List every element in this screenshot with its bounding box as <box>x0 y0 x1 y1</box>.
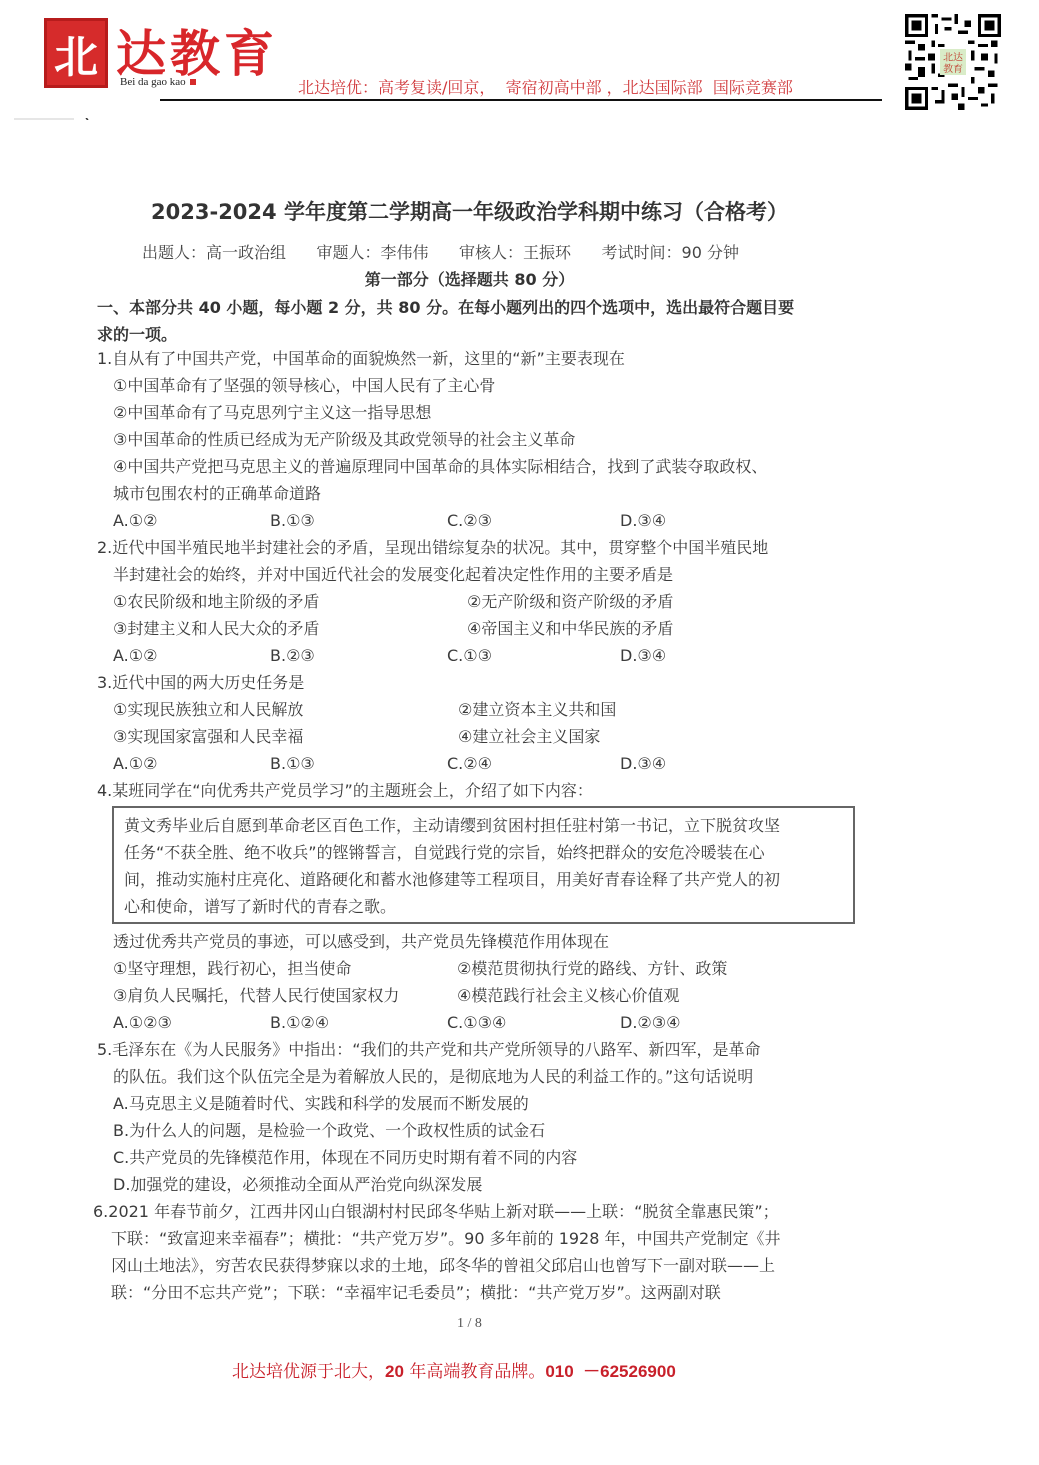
choice-c[interactable]: C.②③ <box>447 507 492 534</box>
statement-item: ③肩负人民嘱托，代替人民行使国家权力 <box>113 982 399 1009</box>
qr-code-icon[interactable]: 北达 教育 <box>905 14 1001 110</box>
statement-item: ①坚守理想，践行初心，担当使命 <box>113 955 351 982</box>
material-passage-box: 黄文秀毕业后自愿到革命老区百色工作，主动请缨到贫困村担任驻村第一书记，立下脱贫攻… <box>112 806 855 924</box>
statement-item: ②模范贯彻执行党的路线、方针、政策 <box>457 955 727 982</box>
choice-b[interactable]: B.②③ <box>270 642 315 669</box>
choice-b[interactable]: B.①③ <box>270 507 315 534</box>
choice-a[interactable]: A.①② <box>113 750 157 777</box>
question-stem: 的队伍。我们这个队伍完全是为着解放人民的，是彻底地为人民的利益工作的。”这句话说… <box>113 1063 753 1090</box>
scan-mark <box>14 118 90 120</box>
page-number: 1 / 8 <box>0 1316 939 1332</box>
header-divider <box>160 99 882 101</box>
statement-item: ①中国革命有了坚强的领导核心，中国人民有了主心骨 <box>113 372 495 399</box>
question-stem: 透过优秀共产党员的事迹，可以感受到，共产党员先锋模范作用体现在 <box>113 928 609 955</box>
footer-advert: 北达培优源于北大，20 年高端教育品牌。010 －62526900 <box>232 1357 676 1382</box>
choice-b[interactable]: B.①③ <box>270 750 315 777</box>
statement-item: 城市包围农村的正确革命道路 <box>113 480 321 507</box>
choice-a[interactable]: A.①②③ <box>113 1009 172 1036</box>
question-stem: 4.某班同学在“向优秀共产党员学习”的主题班会上，介绍了如下内容： <box>97 777 593 804</box>
svg-text:北达: 北达 <box>943 50 963 63</box>
question-stem: 2.近代中国半殖民地半封建社会的矛盾，呈现出错综复杂的状况。其中，贯穿整个中国半… <box>97 534 768 561</box>
choice-d[interactable]: D.加强党的建设，必须推动全面从严治党向纵深发展 <box>113 1171 482 1198</box>
section-instruction: 一、本部分共 40 小题，每小题 2 分，共 80 分。在每小题列出的四个选项中… <box>97 294 857 348</box>
question-stem: 3.近代中国的两大历史任务是 <box>97 669 304 696</box>
statement-item: ③封建主义和人民大众的矛盾 <box>113 615 319 642</box>
statement-item: ③中国革命的性质已经成为无产阶级及其政党领导的社会主义革命 <box>113 426 575 453</box>
choice-d[interactable]: D.③④ <box>620 750 666 777</box>
logo-mark: 北 <box>44 18 108 88</box>
statement-item: ②建立资本主义共和国 <box>458 696 616 723</box>
choice-c[interactable]: C.②④ <box>447 750 492 777</box>
logo-subtitle: Bei da gao kao <box>120 76 196 88</box>
statement-item: ③实现国家富强和人民幸福 <box>113 723 303 750</box>
logo-square-icon <box>190 79 196 85</box>
choice-c[interactable]: C.共产党员的先锋模范作用，体现在不同历史时期有着不同的内容 <box>113 1144 577 1171</box>
exam-meta: 出题人：高一政治组 审题人：李伟伟 审核人：王振环 考试时间：90 分钟 <box>142 240 739 263</box>
question-stem: 6.2021 年春节前夕，江西井冈山白银湖村村民邱冬华贴上新对联——上联：“脱贫… <box>93 1198 779 1225</box>
question-stem: 5.毛泽东在《为人民服务》中指出：“我们的共产党和共产党所领导的八路军、新四军，… <box>97 1036 761 1063</box>
svg-text:教育: 教育 <box>943 62 963 75</box>
choice-d[interactable]: D.②③④ <box>620 1009 680 1036</box>
statement-item: ④建立社会主义国家 <box>458 723 600 750</box>
logo-glyph: 北 <box>54 21 98 85</box>
statement-item: ②无产阶级和资产阶级的矛盾 <box>467 588 673 615</box>
choice-d[interactable]: D.③④ <box>620 507 666 534</box>
choice-b[interactable]: B.为什么人的问题，是检验一个政党、一个政权性质的试金石 <box>113 1117 545 1144</box>
question-stem: 1.自从有了中国共产党，中国革命的面貌焕然一新，这里的“新”主要表现在 <box>97 345 625 372</box>
choice-c[interactable]: C.①③ <box>447 642 492 669</box>
statement-item: ④中国共产党把马克思主义的普遍原理同中国革命的具体实际相结合，找到了武装夺取政权… <box>113 453 767 480</box>
statement-item: ②中国革命有了马克思列宁主义这一指导思想 <box>113 399 431 426</box>
choice-a[interactable]: A.①② <box>113 507 157 534</box>
question-stem: 半封建社会的始终，并对中国近代社会的发展变化起着决定性作用的主要矛盾是 <box>113 561 673 588</box>
question-stem: 联：“分田不忘共产党”；下联：“幸福牢记毛委员”；横批：“共产党万岁”。这两副对… <box>111 1279 721 1306</box>
choice-d[interactable]: D.③④ <box>620 642 666 669</box>
statement-item: ①农民阶级和地主阶级的矛盾 <box>113 588 319 615</box>
question-stem: 下联：“致富迎来幸福春”；横批：“共产党万岁”。90 多年前的 1928 年，中… <box>111 1225 781 1252</box>
header-slogan: 北达培优：高考复读/回京， 寄宿初高中部 ，北达国际部 国际竞赛部 <box>298 75 793 98</box>
choice-a[interactable]: A.马克思主义是随着时代、实践和科学的发展而不断发展的 <box>113 1090 529 1117</box>
statement-item: ④帝国主义和中华民族的矛盾 <box>467 615 673 642</box>
statement-item: ④模范践行社会主义核心价值观 <box>457 982 679 1009</box>
choice-b[interactable]: B.①②④ <box>270 1009 329 1036</box>
exam-title: 2023-2024 学年度第二学期高一年级政治学科期中练习（合格考） <box>0 196 939 226</box>
part-title: 第一部分（选择题共 80 分） <box>0 267 939 290</box>
question-stem: 冈山土地法》，穷苦农民获得梦寐以求的土地，邱冬华的曾祖父邱启山也曾写下一副对联—… <box>111 1252 775 1279</box>
choice-a[interactable]: A.①② <box>113 642 157 669</box>
statement-item: ①实现民族独立和人民解放 <box>113 696 303 723</box>
choice-c[interactable]: C.①③④ <box>447 1009 506 1036</box>
